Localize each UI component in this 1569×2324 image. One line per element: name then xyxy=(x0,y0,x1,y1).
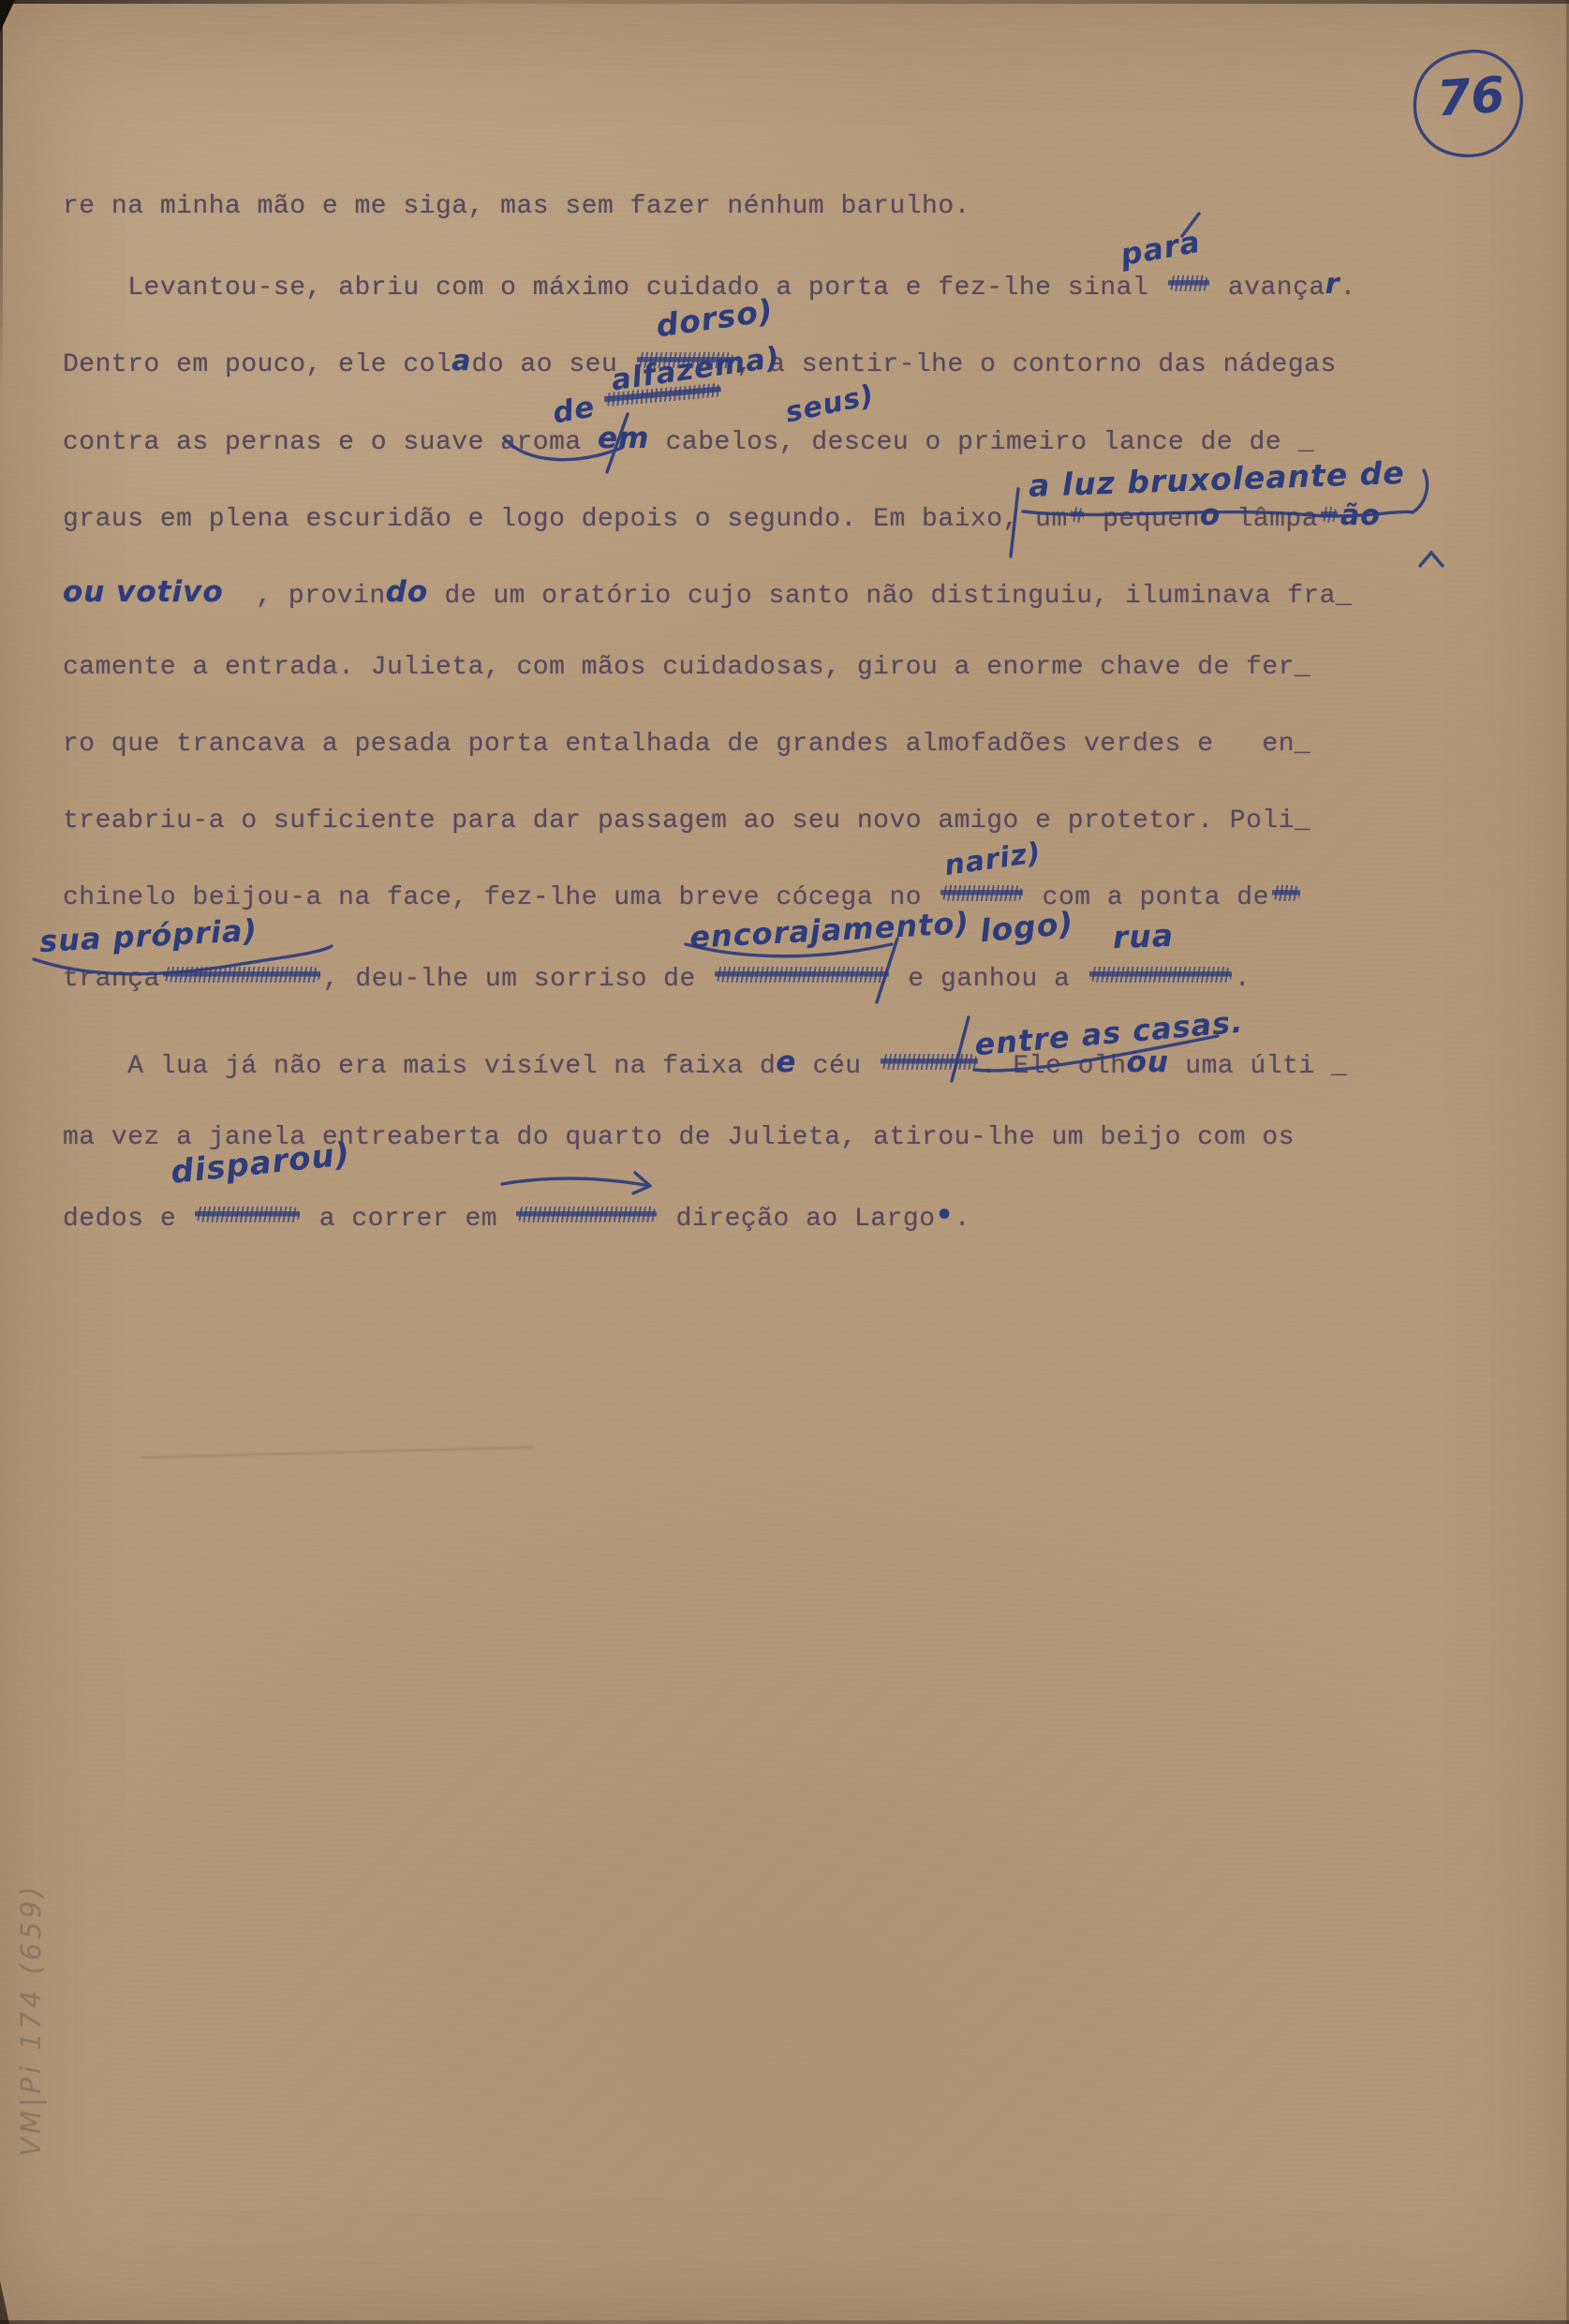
handwritten-annotation: rua xyxy=(1112,917,1174,955)
paper-crease xyxy=(141,1445,534,1460)
ink-scribble xyxy=(881,1054,978,1070)
handwritten-annotation: para xyxy=(1118,224,1203,273)
typed-text: , deu-lhe um sorriso de xyxy=(323,965,712,994)
typed-text: a correr em xyxy=(303,1205,513,1234)
typed-text: . xyxy=(955,1205,970,1234)
typed-text: Levantou-se, abriu com o máximo cuidado … xyxy=(63,274,1165,303)
correr-arrow-shaft xyxy=(502,1178,650,1186)
lampiao-caret xyxy=(1420,553,1443,566)
typed-line: camente a entrada. Julieta, com mãos cui… xyxy=(63,653,1310,682)
typed-line: A lua já não era mais visível na faixa d… xyxy=(63,1046,1347,1081)
ink-scribble xyxy=(940,885,1023,901)
scan-edge-top xyxy=(0,0,1569,4)
typed-text: , a sentir-lhe o contorno das nádegas xyxy=(737,350,1337,379)
typed-text: ro que trancava a pesada porta entalhada… xyxy=(63,730,1310,759)
typed-text: dedos e xyxy=(63,1205,192,1234)
page-number: 76 xyxy=(1435,67,1506,128)
typed-text: . xyxy=(1235,965,1251,994)
handwritten-correction: a xyxy=(451,345,471,377)
typed-text: trança xyxy=(63,965,160,994)
ink-scribble xyxy=(1071,507,1084,523)
typed-line: contra as pernas e o suave aroma em cabe… xyxy=(63,422,1314,457)
ink-scribble xyxy=(1272,885,1300,901)
handwritten-annotation: logo) xyxy=(978,905,1074,950)
typed-text: contra as pernas e o suave aroma xyxy=(63,428,598,457)
bruxoleante-tail xyxy=(1413,470,1428,512)
handwritten-correction: do xyxy=(386,575,429,609)
ink-scribble xyxy=(516,1206,657,1222)
handwritten-annotation: encorajamento) xyxy=(688,905,970,955)
handwritten-correction: r xyxy=(1325,268,1340,301)
typed-text: chinelo beijou-a na face, fez-lhe uma br… xyxy=(63,883,938,912)
scan-corner-top-left xyxy=(0,0,15,32)
scan-edge-left xyxy=(0,0,3,393)
handwritten-correction: ou votivo xyxy=(63,575,224,609)
archive-pencil-note: VM|Pi 174 (659) xyxy=(15,1883,47,2156)
typed-text: graus em plena escuridão e logo depois o… xyxy=(63,505,1068,534)
typed-line: re na minha mão e me siga, mas sem fazer… xyxy=(63,192,970,221)
typed-text: , provin xyxy=(224,582,386,611)
handwritten-correction: e xyxy=(776,1045,796,1079)
typed-text: avança xyxy=(1212,274,1325,303)
ink-scribble xyxy=(1089,967,1232,983)
typed-text: lâmpa xyxy=(1221,505,1318,534)
handwritten-correction: em xyxy=(598,422,649,455)
typed-line: dedos e a correr em direção ao Largo•. xyxy=(63,1200,970,1234)
handwritten-correction: • xyxy=(936,1199,955,1232)
handwritten-correction: ou xyxy=(1127,1045,1169,1079)
typed-text: uma últi _ xyxy=(1169,1052,1347,1081)
typed-text: direção ao Largo xyxy=(659,1205,935,1234)
handwritten-annotation: a luz bruxoleante de xyxy=(1028,454,1405,504)
typed-text: Dentro em pouco, ele col xyxy=(63,350,451,379)
typed-line: trança, deu-lhe um sorriso de e ganhou a… xyxy=(63,965,1251,994)
ink-scribble xyxy=(163,967,320,983)
typed-text: e ganhou a xyxy=(892,965,1087,994)
typed-text: cabelos, desceu o primeiro lance de de _ xyxy=(649,428,1313,457)
typed-text: treabriu-a o suficiente para dar passage… xyxy=(63,807,1310,836)
ink-scribble xyxy=(1168,275,1209,291)
typed-text: pequen xyxy=(1087,505,1200,534)
scan-corner-bottom-left xyxy=(0,2281,9,2324)
handwritten-correction: ão xyxy=(1340,499,1381,532)
typed-line: graus em plena escuridão e logo depois o… xyxy=(63,499,1381,534)
scan-edge-bottom xyxy=(0,2320,1569,2324)
typed-line: chinelo beijou-a na face, fez-lhe uma br… xyxy=(63,883,1303,912)
handwritten-correction: o xyxy=(1200,498,1221,532)
manuscript-page: { "page": { "number": "76", "archive_not… xyxy=(0,0,1569,2324)
typed-line: ro que trancava a pesada porta entalhada… xyxy=(63,730,1310,759)
typed-line: treabriu-a o suficiente para dar passage… xyxy=(63,807,1310,836)
ink-scribble xyxy=(715,967,889,983)
typed-text: céu xyxy=(796,1052,878,1081)
typed-text: camente a entrada. Julieta, com mãos cui… xyxy=(63,653,1310,682)
handwritten-annotation: nariz) xyxy=(942,836,1044,882)
handwritten-annotation: sua própria) xyxy=(38,912,259,959)
typed-text: A lua já não era mais visível na faixa d xyxy=(63,1052,776,1081)
typed-text: re na minha mão e me siga, mas sem fazer… xyxy=(63,192,970,221)
typed-text: . xyxy=(1340,274,1356,303)
typed-line: Levantou-se, abriu com o máximo cuidado … xyxy=(63,269,1356,303)
ink-scribble xyxy=(195,1206,300,1222)
typed-text: de um oratório cujo santo não distinguiu… xyxy=(428,582,1352,611)
typed-line: ou votivo , provindo de um oratório cujo… xyxy=(63,576,1352,611)
ink-scribble xyxy=(1321,507,1338,523)
correr-arrow-head xyxy=(633,1173,650,1193)
